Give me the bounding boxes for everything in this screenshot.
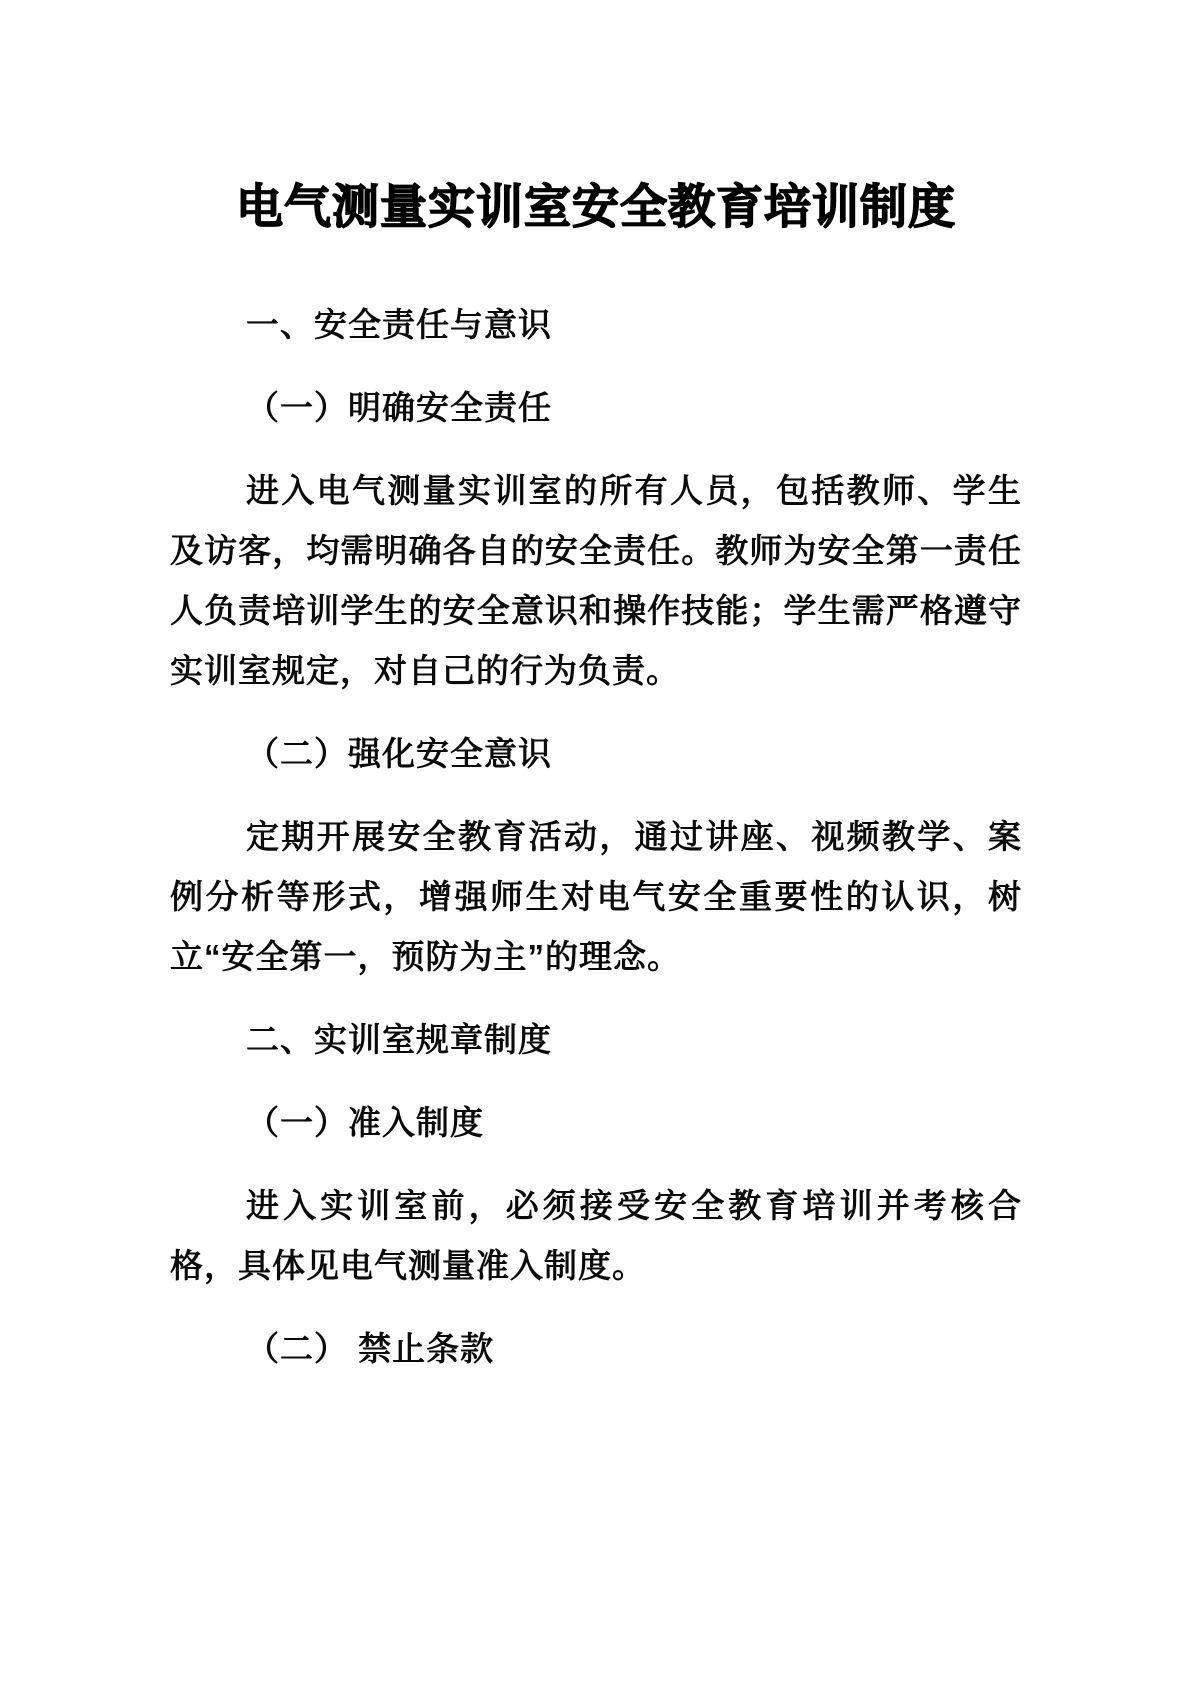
- document-body: 一、安全责任与意识（一）明确安全责任进入电气测量实训室的所有人员，包括教师、学生…: [170, 295, 1022, 1379]
- section-heading: 一、安全责任与意识: [170, 295, 1022, 355]
- paragraph: 进入电气测量实训室的所有人员，包括教师、学生及访客，均需明确各自的安全责任。教师…: [170, 461, 1022, 701]
- document-title: 电气测量实训室安全教育培训制度: [170, 177, 1022, 237]
- section-heading: 二、实训室规章制度: [170, 1010, 1022, 1070]
- paragraph: 进入实训室前，必须接受安全教育培训并考核合格，具体见电气测量准入制度。: [170, 1176, 1022, 1296]
- section-heading: （二） 禁止条款: [170, 1319, 1022, 1379]
- section-heading: （二）强化安全意识: [170, 724, 1022, 784]
- document-page: 电气测量实训室安全教育培训制度 一、安全责任与意识（一）明确安全责任进入电气测量…: [0, 0, 1190, 1683]
- paragraph: 定期开展安全教育活动，通过讲座、视频教学、案例分析等形式，增强师生对电气安全重要…: [170, 807, 1022, 987]
- section-heading: （一）明确安全责任: [170, 378, 1022, 438]
- section-heading: （一）准入制度: [170, 1093, 1022, 1153]
